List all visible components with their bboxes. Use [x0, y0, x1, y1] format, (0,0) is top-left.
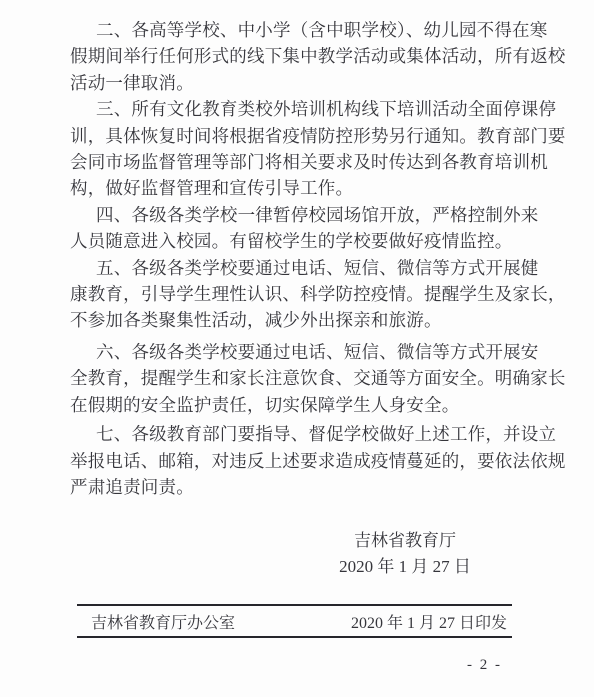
body-line: 四、各级各类学校一律暂停校园场馆开放，严格控制外来 [70, 202, 542, 228]
footer-row: 吉林省教育厅办公室 2020 年 1 月 27 日印发 [77, 606, 512, 636]
body-line: 构，做好监督管理和宣传引导工作。 [70, 175, 542, 201]
footer-rule-bottom [77, 636, 512, 638]
signature-issuer: 吉林省教育厅 [335, 528, 475, 554]
document-body: 二、各高等学校、中小学（含中职学校）、幼儿园不得在寒假期间举行任何形式的线下集中… [70, 17, 542, 500]
paragraph: 七、各级教育部门要指导、督促学校做好上述工作，并设立举报电话、邮箱，对违反上述要… [70, 421, 542, 500]
body-line: 训，具体恢复时间将根据省疫情防控形势另行通知。教育部门要 [70, 123, 542, 149]
paragraph: 五、各级各类学校要通过电话、短信、微信等方式开展健康教育，引导学生理性认识、科学… [70, 255, 542, 334]
paragraph: 六、各级各类学校要通过电话、短信、微信等方式开展安全教育，提醒学生和家长注意饮食… [70, 339, 542, 418]
body-line: 举报电话、邮箱，对违反上述要求造成疫情蔓延的，要依法依规 [70, 448, 542, 474]
body-line: 五、各级各类学校要通过电话、短信、微信等方式开展健 [70, 255, 542, 281]
body-line: 会同市场监督管理等部门将相关要求及时传达到各教育培训机 [70, 149, 542, 175]
body-line: 全教育，提醒学生和家长注意饮食、交通等方面安全。明确家长 [70, 365, 542, 391]
body-line: 不参加各类聚集性活动，减少外出探亲和旅游。 [70, 307, 542, 333]
footer-office: 吉林省教育厅办公室 [91, 610, 235, 633]
body-line: 康教育，引导学生理性认识、科学防控疫情。提醒学生及家长， [70, 281, 542, 307]
paragraph: 三、所有文化教育类校外培训机构线下培训活动全面停课停训，具体恢复时间将根据省疫情… [70, 96, 542, 202]
body-line: 七、各级教育部门要指导、督促学校做好上述工作，并设立 [70, 421, 542, 447]
signature-block: 吉林省教育厅 2020 年 1 月 27 日 [335, 528, 475, 580]
signature-date: 2020 年 1 月 27 日 [335, 554, 475, 580]
body-line: 假期间举行任何形式的线下集中教学活动或集体活动，所有返校 [70, 43, 542, 69]
body-line: 人员随意进入校园。有留校学生的学校要做好疫情监控。 [70, 228, 542, 254]
document-footer: 吉林省教育厅办公室 2020 年 1 月 27 日印发 [77, 604, 512, 638]
body-line: 严肃追责问责。 [70, 474, 542, 500]
body-line: 三、所有文化教育类校外培训机构线下培训活动全面停课停 [70, 96, 542, 122]
body-line: 活动一律取消。 [70, 70, 542, 96]
body-line: 二、各高等学校、中小学（含中职学校）、幼儿园不得在寒 [70, 17, 542, 43]
footer-print-date: 2020 年 1 月 27 日印发 [351, 610, 507, 633]
body-line: 在假期的安全监护责任，切实保障学生人身安全。 [70, 392, 542, 418]
document-page: 二、各高等学校、中小学（含中职学校）、幼儿园不得在寒假期间举行任何形式的线下集中… [0, 0, 594, 697]
body-line: 六、各级各类学校要通过电话、短信、微信等方式开展安 [70, 339, 542, 365]
paragraph: 二、各高等学校、中小学（含中职学校）、幼儿园不得在寒假期间举行任何形式的线下集中… [70, 17, 542, 96]
paragraph: 四、各级各类学校一律暂停校园场馆开放，严格控制外来人员随意进入校园。有留校学生的… [70, 202, 542, 255]
page-number: - 2 - [467, 657, 502, 674]
